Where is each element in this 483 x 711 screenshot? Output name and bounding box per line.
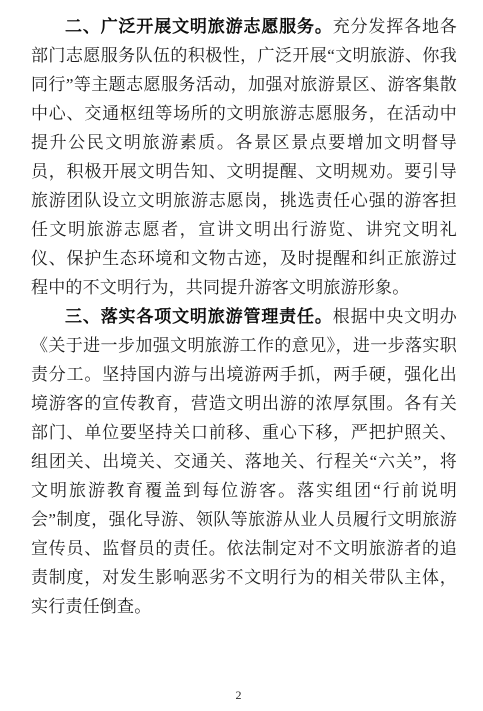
page-number: 2 xyxy=(0,688,477,702)
document-page: 二、广泛开展文明旅游志愿服务。充分发挥各地各部门志愿服务队伍的积极性，广泛开展“… xyxy=(0,0,483,711)
section-heading-3: 三、落实各项文明旅游管理责任。 xyxy=(65,307,333,326)
document-body: 二、广泛开展文明旅游志愿服务。充分发挥各地各部门志愿服务队伍的积极性，广泛开展“… xyxy=(31,12,457,621)
section-body-2: 充分发挥各地各部门志愿服务队伍的积极性，广泛开展“文明旅游、你我同行”等主题志愿… xyxy=(31,17,457,297)
paragraph-section-2: 二、广泛开展文明旅游志愿服务。充分发挥各地各部门志愿服务队伍的积极性，广泛开展“… xyxy=(31,12,457,302)
section-body-3: 根据中央文明办《关于进一步加强文明旅游工作的意见》，进一步落实职责分工。坚持国内… xyxy=(31,307,457,616)
section-heading-2: 二、广泛开展文明旅游志愿服务。 xyxy=(65,17,333,36)
paragraph-section-3: 三、落实各项文明旅游管理责任。根据中央文明办《关于进一步加强文明旅游工作的意见》… xyxy=(31,302,457,621)
